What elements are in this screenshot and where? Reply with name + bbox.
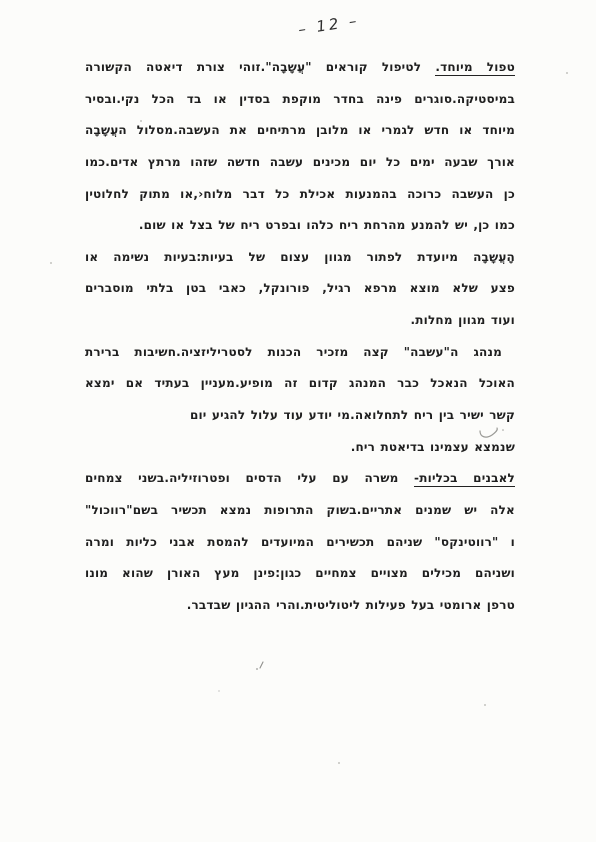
line-text: משרה עם עלי הדסים ופטרוזיליה.בשני צמחים — [85, 471, 414, 485]
underlined-heading: לאבנים בכליות- — [414, 471, 515, 487]
underlined-heading: טפול מיוחד. — [435, 60, 515, 76]
text-line: מיוחד או חדש לגמרי או מלובן מרתיחים את ה… — [85, 115, 515, 147]
text-line: טרפן ארומטי בעל פעילות ליטוליטית.והרי הה… — [85, 590, 515, 622]
text-line: האוכל הנאכל כבר המנהג קדום זה מופיע.מעני… — [85, 368, 515, 400]
line-text: כמו כן, יש להמנע מהרחת ריח כלהו ובפרט רי… — [139, 218, 515, 232]
text-line: ו "רווטינקס" שניהם תכשירים המיועדים להמס… — [85, 527, 515, 559]
scan-speck — [566, 72, 568, 74]
text-line: אורך שבעה ימים כל יום מכינים עשבה חדשה ש… — [85, 147, 515, 179]
handwritten-page-number: – 12 – — [297, 11, 361, 38]
line-text: הָעֲשָבָה מיועדת לפתור מגוון עצום של בעי… — [85, 250, 515, 264]
text-line: ושניהם מכילים מצויים צמחיים כגון:פינן מע… — [85, 558, 515, 590]
text-line: אלה יש שמנים אתריים.בשוק התרופות נמצא תכ… — [85, 495, 515, 527]
text-line: טפול מיוחד. לטיפול קוראים "עֲשָבָה".זוהי… — [85, 52, 515, 84]
line-text: מיוחד או חדש לגמרי או מלובן מרתיחים את ה… — [85, 123, 515, 137]
scan-speck — [50, 262, 52, 264]
line-text: כן העשבה כרוכה בהמנעות אכילת כל דבר מלוח… — [85, 187, 515, 201]
line-text: אורך שבעה ימים כל יום מכינים עשבה חדשה ש… — [85, 155, 515, 169]
line-text: ושניהם מכילים מצויים צמחיים כגון:פינן מע… — [85, 566, 515, 580]
text-line: במיסטיקה.סוגרים פינה בחדר מוקפת בסדין או… — [85, 84, 515, 116]
line-text: ו "רווטינקס" שניהם תכשירים המיועדים להמס… — [85, 535, 515, 549]
text-line: לאבנים בכליות- משרה עם עלי הדסים ופטרוזי… — [85, 463, 515, 495]
line-text: מנהג ה"עשבה" קצה מזכיר הכנות לסטריליזציה… — [85, 345, 502, 359]
line-text: טרפן ארומטי בעל פעילות ליטוליטית.והרי הה… — [187, 598, 515, 612]
text-line: שנמצא עצמינו בדיאטת ריח. — [85, 432, 515, 464]
text-line: מנהג ה"עשבה" קצה מזכיר הכנות לסטריליזציה… — [85, 337, 515, 369]
line-text: פצע שלא מוצא מרפא רגיל, פורונקל, כאבי בט… — [85, 281, 515, 295]
pen-tick-mark — [252, 658, 268, 674]
scan-speck — [140, 120, 142, 122]
text-line: פצע שלא מוצא מרפא רגיל, פורונקל, כאבי בט… — [85, 273, 515, 305]
line-text: קשר ישיר בין ריח לתחלואה.מי יודע עוד עלו… — [190, 408, 515, 422]
line-text: ועוד מגוון מחלות. — [410, 313, 515, 327]
text-line: קשר ישיר בין ריח לתחלואה.מי יודע עוד עלו… — [85, 400, 515, 432]
typewritten-text-block: טפול מיוחד. לטיפול קוראים "עֲשָבָה".זוהי… — [85, 52, 515, 622]
line-text: האוכל הנאכל כבר המנהג קדום זה מופיע.מעני… — [85, 376, 515, 390]
text-line: כן העשבה כרוכה בהמנעות אכילת כל דבר מלוח… — [85, 179, 515, 211]
line-text: אלה יש שמנים אתריים.בשוק התרופות נמצא תכ… — [85, 503, 515, 517]
text-line: כמו כן, יש להמנע מהרחת ריח כלהו ובפרט רי… — [85, 210, 515, 242]
line-text: שנמצא עצמינו בדיאטת ריח. — [351, 440, 515, 454]
line-text: במיסטיקה.סוגרים פינה בחדר מוקפת בסדין או… — [85, 92, 515, 106]
scan-speck — [218, 690, 220, 692]
scan-speck — [338, 762, 340, 764]
line-text: לטיפול קוראים "עֲשָבָה".זוהי צורת דיאטה … — [85, 60, 435, 74]
text-line: ועוד מגוון מחלות. — [85, 305, 515, 337]
scanned-document-page: – 12 – טפול מיוחד. לטיפול קוראים "עֲשָבָ… — [0, 0, 596, 842]
scan-speck — [484, 704, 486, 706]
text-line: הָעֲשָבָה מיועדת לפתור מגוון עצום של בעי… — [85, 242, 515, 274]
